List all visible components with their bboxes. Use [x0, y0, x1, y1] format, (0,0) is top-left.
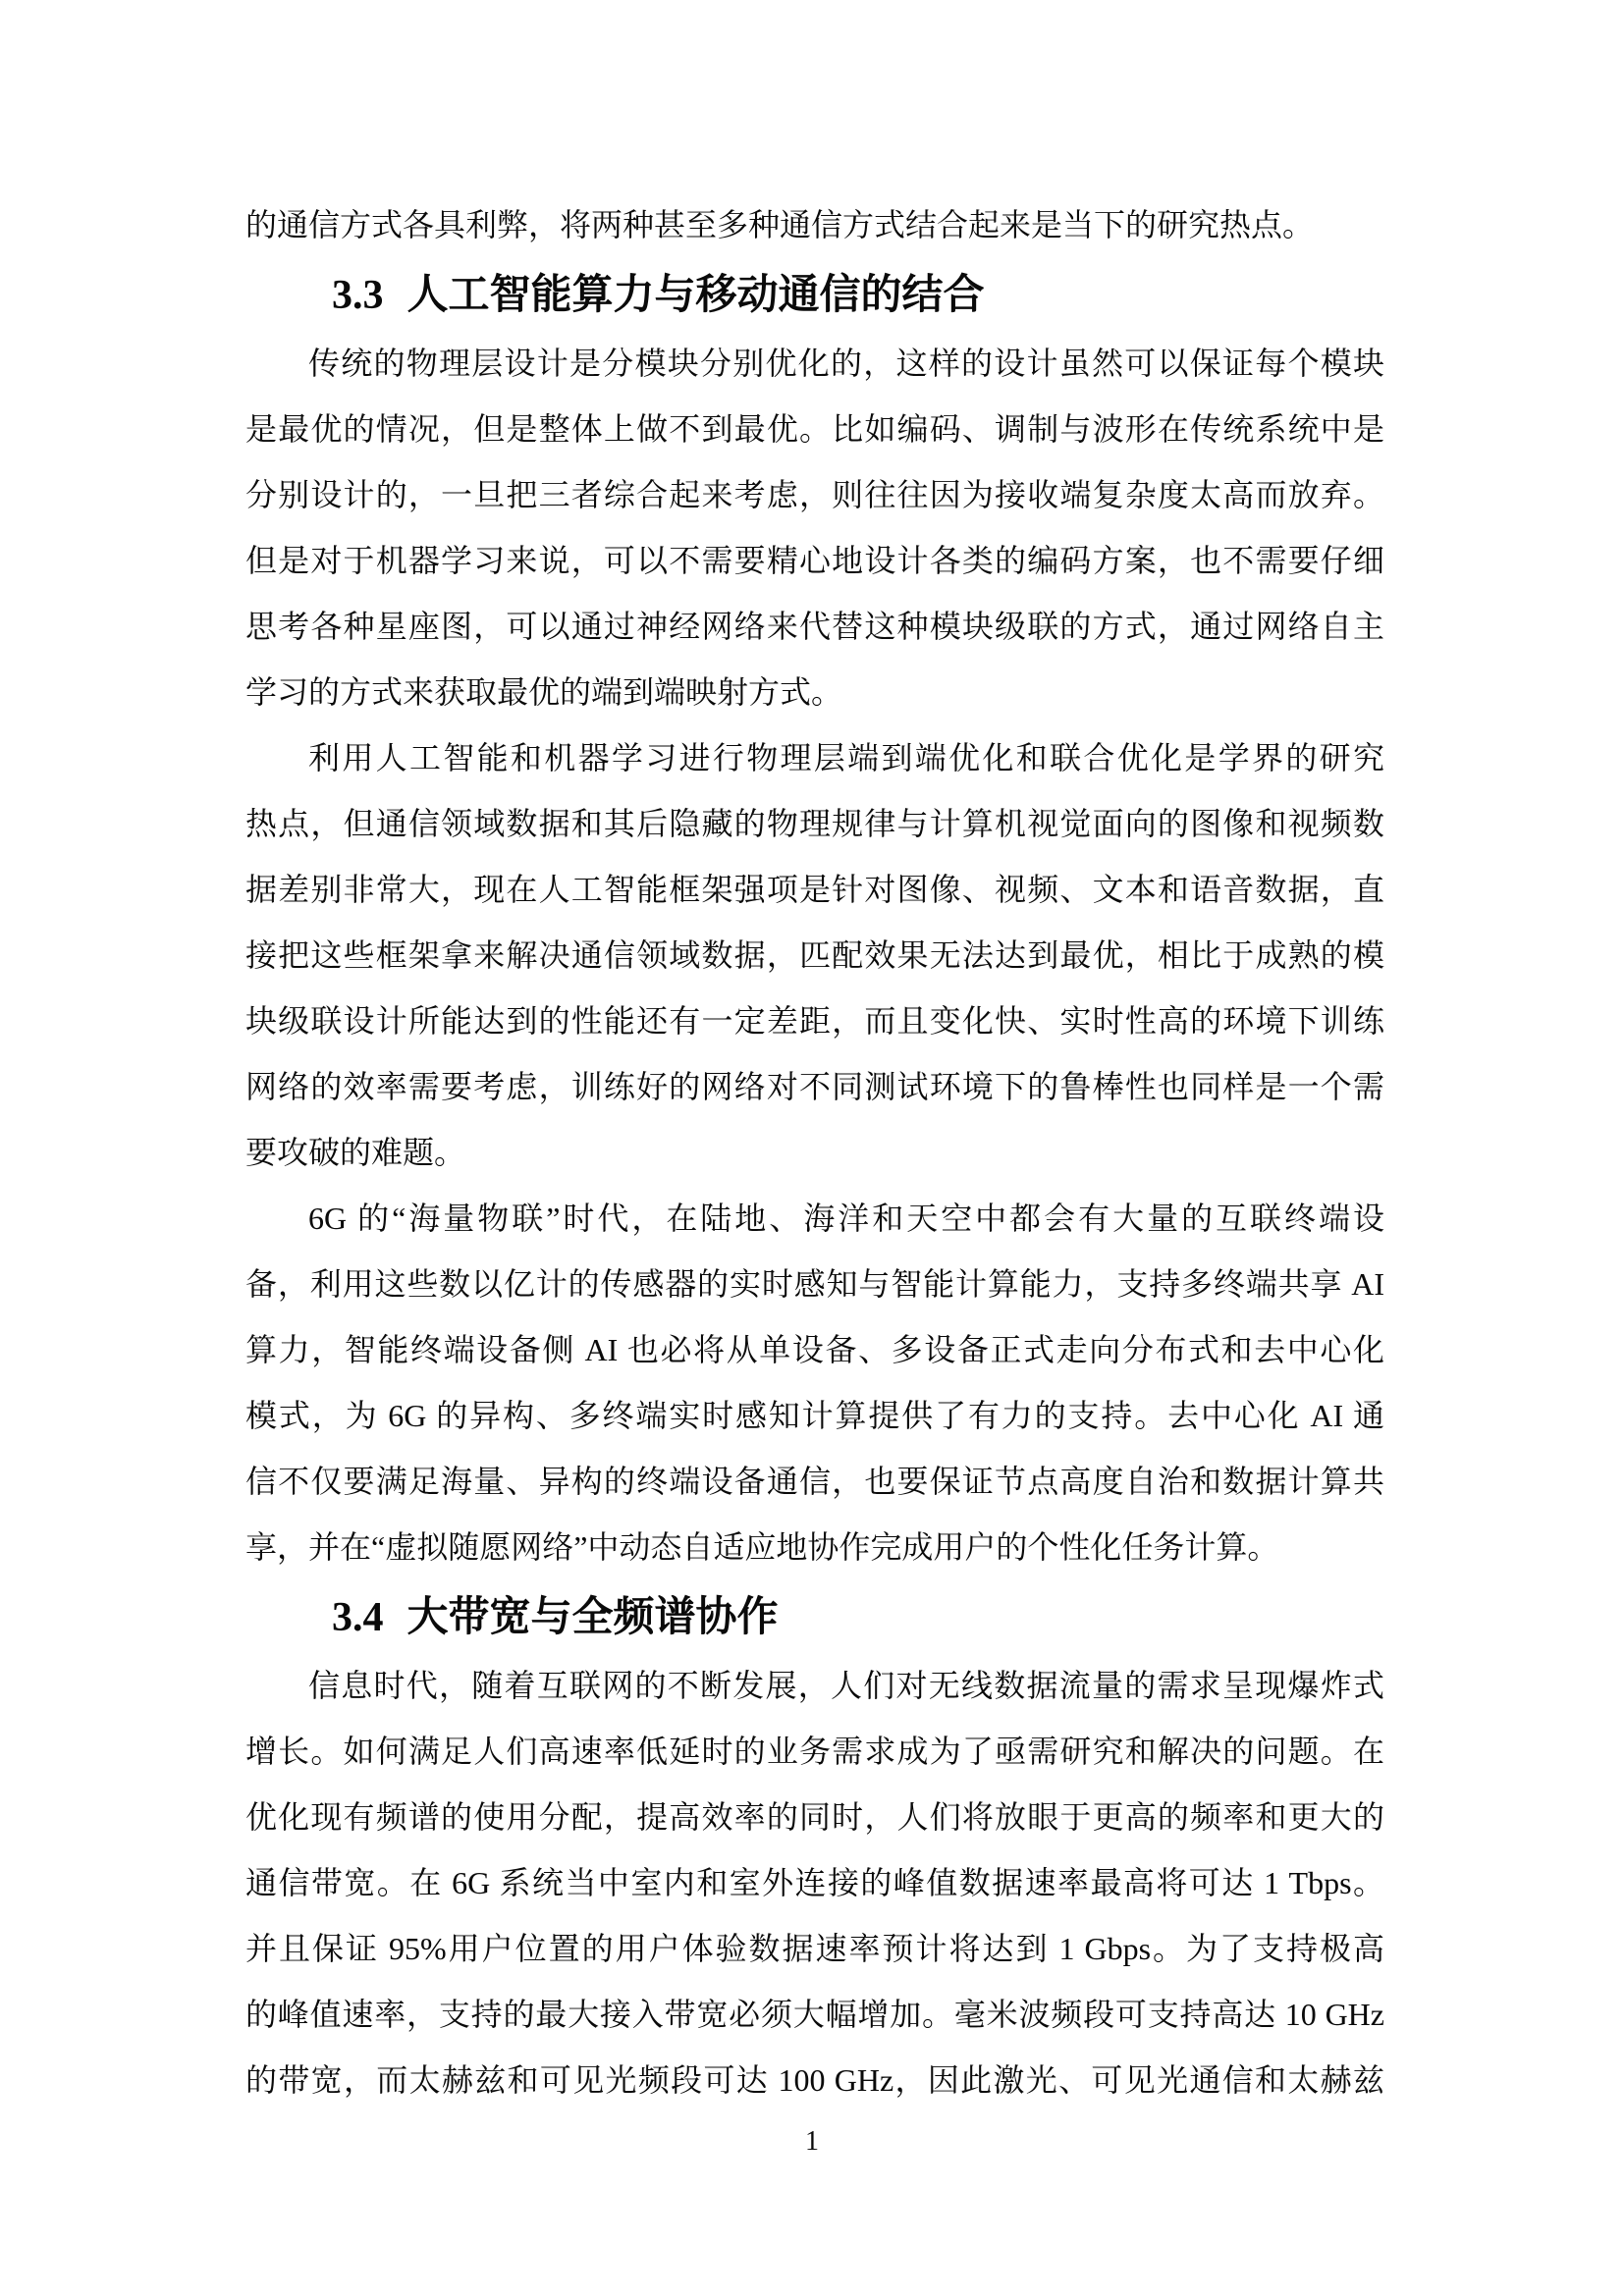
page-number: 1 — [0, 2120, 1624, 2163]
body-line: 的峰值速率，支持的最大接入带宽必须大幅增加。毫米波频段可支持高达 10 GHz — [245, 1982, 1384, 2048]
body-line: 热点，但通信领域数据和其后隐藏的物理规律与计算机视觉面向的图像和视频数 — [245, 791, 1384, 857]
body-line: 的带宽，而太赫兹和可见光频段可达 100 GHz，因此激光、可见光通信和太赫兹 — [245, 2048, 1384, 2113]
document-page: 的通信方式各具利弊，将两种甚至多种通信方式结合起来是当下的研究热点。 3.3人工… — [0, 0, 1624, 2296]
body-line: 但是对于机器学习来说，可以不需要精心地设计各类的编码方案，也不需要仔细 — [245, 528, 1384, 594]
body-line: 学习的方式来获取最优的端到端映射方式。 — [245, 660, 1384, 725]
body-line: 备，利用这些数以亿计的传感器的实时感知与智能计算能力，支持多终端共享 AI — [245, 1252, 1384, 1317]
body-line: 优化现有频谱的使用分配，提高效率的同时，人们将放眼于更高的频率和更大的 — [245, 1785, 1384, 1850]
body-line: 享，并在“虚拟随愿网络”中动态自适应地协作完成用户的个性化任务计算。 — [245, 1515, 1384, 1580]
body-line: 据差别非常大，现在人工智能框架强项是针对图像、视频、文本和语音数据，直 — [245, 857, 1384, 923]
body-line: 块级联设计所能达到的性能还有一定差距，而且变化快、实时性高的环境下训练 — [245, 988, 1384, 1054]
body-line: 接把这些框架拿来解决通信领域数据，匹配效果无法达到最优，相比于成熟的模 — [245, 923, 1384, 988]
section-number: 3.3 — [332, 273, 384, 318]
body-line: 6G 的“海量物联”时代，在陆地、海洋和天空中都会有大量的互联终端设 — [245, 1186, 1384, 1252]
page-body: 的通信方式各具利弊，将两种甚至多种通信方式结合起来是当下的研究热点。 3.3人工… — [245, 192, 1384, 2113]
body-line: 增长。如何满足人们高速率低延时的业务需求成为了亟需研究和解决的问题。在 — [245, 1719, 1384, 1785]
body-line: 思考各种星座图，可以通过神经网络来代替这种模块级联的方式，通过网络自主 — [245, 594, 1384, 660]
section-title: 人工智能算力与移动通信的结合 — [407, 271, 985, 317]
body-line: 分别设计的，一旦把三者综合起来考虑，则往往因为接收端复杂度太高而放弃。 — [245, 462, 1384, 528]
section-heading-3-4: 3.4大带宽与全频谱协作 — [245, 1580, 1384, 1653]
body-line: 通信带宽。在 6G 系统当中室内和室外连接的峰值数据速率最高将可达 1 Tbps… — [245, 1850, 1384, 1916]
body-line: 利用人工智能和机器学习进行物理层端到端优化和联合优化是学界的研究 — [245, 725, 1384, 791]
section-heading-3-3: 3.3人工智能算力与移动通信的结合 — [245, 258, 1384, 331]
body-line: 的通信方式各具利弊，将两种甚至多种通信方式结合起来是当下的研究热点。 — [245, 192, 1384, 258]
body-line: 信不仅要满足海量、异构的终端设备通信，也要保证节点高度自治和数据计算共 — [245, 1449, 1384, 1515]
body-line: 网络的效率需要考虑，训练好的网络对不同测试环境下的鲁棒性也同样是一个需 — [245, 1054, 1384, 1120]
body-line: 模式，为 6G 的异构、多终端实时感知计算提供了有力的支持。去中心化 AI 通 — [245, 1383, 1384, 1449]
body-line: 算力，智能终端设备侧 AI 也必将从单设备、多设备正式走向分布式和去中心化 — [245, 1317, 1384, 1383]
section-number: 3.4 — [332, 1595, 384, 1640]
body-line: 并且保证 95%用户位置的用户体验数据速率预计将达到 1 Gbps。为了支持极高 — [245, 1916, 1384, 1982]
section-title: 大带宽与全频谱协作 — [407, 1593, 779, 1639]
body-line: 传统的物理层设计是分模块分别优化的，这样的设计虽然可以保证每个模块 — [245, 331, 1384, 397]
body-line: 要攻破的难题。 — [245, 1120, 1384, 1186]
body-line: 是最优的情况，但是整体上做不到最优。比如编码、调制与波形在传统系统中是 — [245, 397, 1384, 462]
body-line: 信息时代，随着互联网的不断发展，人们对无线数据流量的需求呈现爆炸式 — [245, 1653, 1384, 1719]
